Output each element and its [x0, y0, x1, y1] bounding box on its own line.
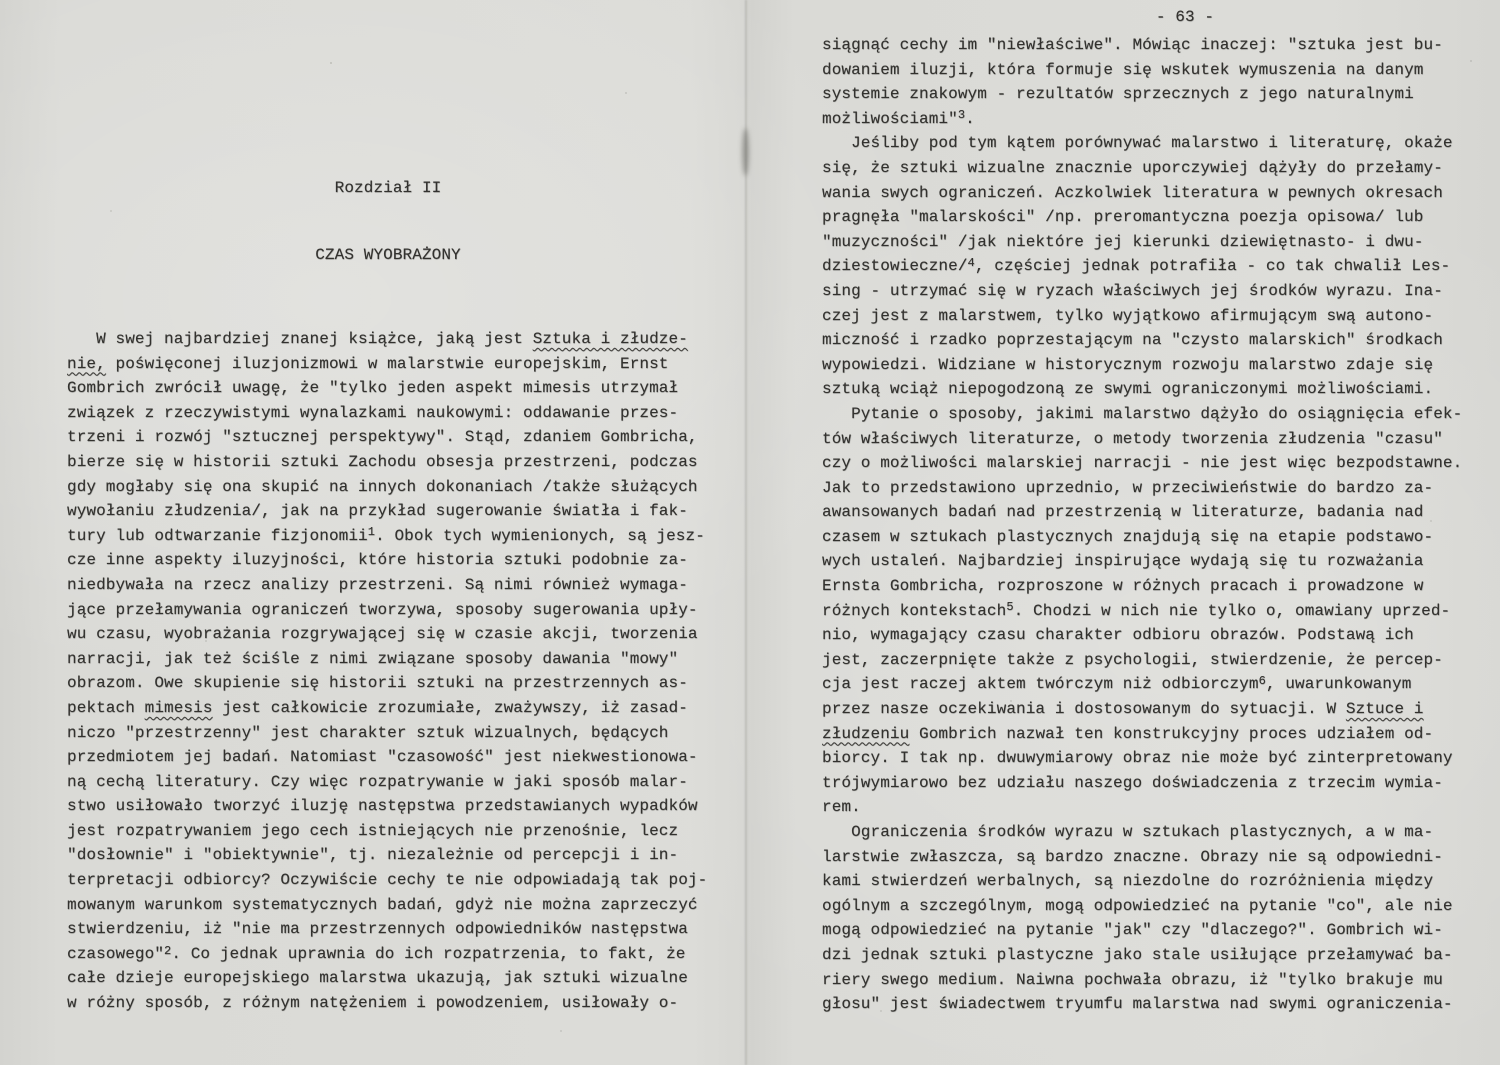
chapter-heading: Rozdział II: [67, 176, 709, 201]
text-line: niedbywała na rzecz analizy przestrzeni.…: [67, 573, 709, 598]
text-line: Pytanie o sposoby, jakimi malarstwo dąży…: [822, 402, 1472, 427]
chapter-title: CZAS WYOBRAŻONY: [67, 243, 709, 268]
text-line: mogą odpowiedzieć na pytanie "jak" czy "…: [822, 918, 1472, 943]
text-line: gdy mogłaby się ona skupić na innych dok…: [67, 475, 709, 500]
text-line: siągnąć cechy im "niewłaściwe". Mówiąc i…: [822, 33, 1472, 58]
text-line: sztuką wciąż niepogodzoną ze swymi ogran…: [822, 377, 1472, 402]
text-line: czasem w sztukach plastycznych znajdują …: [822, 525, 1472, 550]
text-line: tury lub odtwarzanie fizjonomii1. Obok t…: [67, 524, 709, 549]
text-line: kami stwierdzeń werbalnych, są niezdolne…: [822, 869, 1472, 894]
right-page-text: siągnąć cechy im "niewłaściwe". Mówiąc i…: [822, 33, 1472, 1017]
scanned-document: Rozdział II CZAS WYOBRAŻONY W swej najba…: [0, 0, 1500, 1065]
text-line: stwo usiłowało tworzyć iluzję następstwa…: [67, 794, 709, 819]
text-line: terpretacji odbiorcy? Oczywiście cechy t…: [67, 868, 709, 893]
text-line: wu czasu, wyobrażania rozgrywającej się …: [67, 622, 709, 647]
text-line: jące przełamywania ograniczeń tworzywa, …: [67, 598, 709, 623]
text-line: pektach mimesis jest całkowicie zrozumia…: [67, 696, 709, 721]
text-line: mowanym warunkom systematycznych badań, …: [67, 893, 709, 918]
text-line: Gombrich zwrócił uwagę, że "tylko jeden …: [67, 376, 709, 401]
text-line: całe dzieje europejskiego malarstwa ukaz…: [67, 966, 709, 991]
text-line: biorcy. I tak np. dwuwymiarowy obraz nie…: [822, 746, 1472, 771]
text-line: głosu" jest świadectwem tryumfu malarstw…: [822, 992, 1472, 1017]
text-line: związek z rzeczywistymi wynalazkami nauk…: [67, 401, 709, 426]
text-line: Jak to przedstawiono uprzednio, w przeci…: [822, 476, 1472, 501]
text-line: Jeśliby pod tym kątem porównywać malarst…: [822, 131, 1472, 156]
text-line: riery swego medium. Naiwna pochwała obra…: [822, 968, 1472, 993]
text-line: nie, poświęconej iluzjonizmowi w malarst…: [67, 352, 709, 377]
text-line: jest rozpatrywaniem jego cech istniejący…: [67, 819, 709, 844]
text-line: narracji, jak też ściśle z nimi związane…: [67, 647, 709, 672]
text-line: różnych kontekstach5. Chodzi w nich nie …: [822, 599, 1472, 624]
text-line: cze inne aspekty iluzyjności, które hist…: [67, 548, 709, 573]
text-line: tów właściwych literaturze, o metody two…: [822, 427, 1472, 452]
text-line: awansowanych badań nad przestrzenią w li…: [822, 500, 1472, 525]
text-line: trzeni i rozwój "sztucznej perspektywy".…: [67, 425, 709, 450]
page-number: - 63 -: [860, 5, 1500, 30]
text-line: systemie znakowym - rezultatów sprzeczny…: [822, 82, 1472, 107]
text-line: czy o możliwości malarskiej narracji - n…: [822, 451, 1472, 476]
text-line: przedmiotem jej badań. Natomiast "czasow…: [67, 745, 709, 770]
text-line: ogólnym a szczególnym, mogą odpowiedzieć…: [822, 894, 1472, 919]
text-line: obrazom. Owe skupienie się historii sztu…: [67, 671, 709, 696]
text-line: w różny sposób, z różnym natężeniem i po…: [67, 991, 709, 1016]
text-line: czasowego"2. Co jednak uprawnia do ich r…: [67, 942, 709, 967]
text-line: dzi jednak sztuki plastyczne jako stale …: [822, 943, 1472, 968]
text-line: rem.: [822, 795, 1472, 820]
text-line: stwierdzeniu, iż "nie ma przestrzennych …: [67, 917, 709, 942]
text-line: przez nasze oczekiwania i dostosowanym d…: [822, 697, 1472, 722]
text-line: czej jest z malarstwem, tylko wyjątkowo …: [822, 304, 1472, 329]
text-line: W swej najbardziej znanej książce, jaką …: [67, 327, 709, 352]
text-line: pragnęła "malarskości" /np. preromantycz…: [822, 205, 1472, 230]
text-line: możliwościami"3.: [822, 107, 1472, 132]
text-line: wypowiedzi. Widziane w historycznym rozw…: [822, 353, 1472, 378]
text-line: niczo "przestrzenny" jest charakter sztu…: [67, 721, 709, 746]
text-line: złudzeniu Gombrich nazwał ten konstrukcy…: [822, 722, 1472, 747]
text-line: wych ustaleń. Najbardziej inspirujące wy…: [822, 549, 1472, 574]
text-line: jest, zaczerpnięte także z psychologii, …: [822, 648, 1472, 673]
text-line: bierze się w historii sztuki Zachodu obs…: [67, 450, 709, 475]
text-line: "muzyczności" /jak niektóre jej kierunki…: [822, 230, 1472, 255]
text-line: dziestowieczne/4, częściej jednak potraf…: [822, 254, 1472, 279]
left-page-text: W swej najbardziej znanej książce, jaką …: [67, 327, 709, 1016]
text-line: wania swych ograniczeń. Aczkolwiek liter…: [822, 181, 1472, 206]
text-line: się, że sztuki wizualne znacznie uporczy…: [822, 156, 1472, 181]
paper-speckles: [0, 0, 2, 2]
text-line: larstwie zwłaszcza, są bardzo znaczne. O…: [822, 845, 1472, 870]
text-line: miczność i rzadko poprzestającym na "czy…: [822, 328, 1472, 353]
text-line: wywołaniu złudzenia/, jak na przykład su…: [67, 499, 709, 524]
text-line: cja jest raczej aktem twórczym niż odbio…: [822, 672, 1472, 697]
text-line: ną cechą literatury. Czy więc rozpatrywa…: [67, 770, 709, 795]
fold-smudge-mark: [742, 128, 749, 176]
text-line: Ograniczenia środków wyrazu w sztukach p…: [822, 820, 1472, 845]
text-line: nio, wymagający czasu charakter odbioru …: [822, 623, 1472, 648]
text-line: sing - utrzymać się w ryzach właściwych …: [822, 279, 1472, 304]
text-line: dowaniem iluzji, która formuje się wskut…: [822, 58, 1472, 83]
text-line: Ernsta Gombricha, rozproszone w różnych …: [822, 574, 1472, 599]
text-line: trójwymiarowo bez udziału naszego doświa…: [822, 771, 1472, 796]
text-line: "dosłownie" i "obiektywnie", tj. niezale…: [67, 843, 709, 868]
